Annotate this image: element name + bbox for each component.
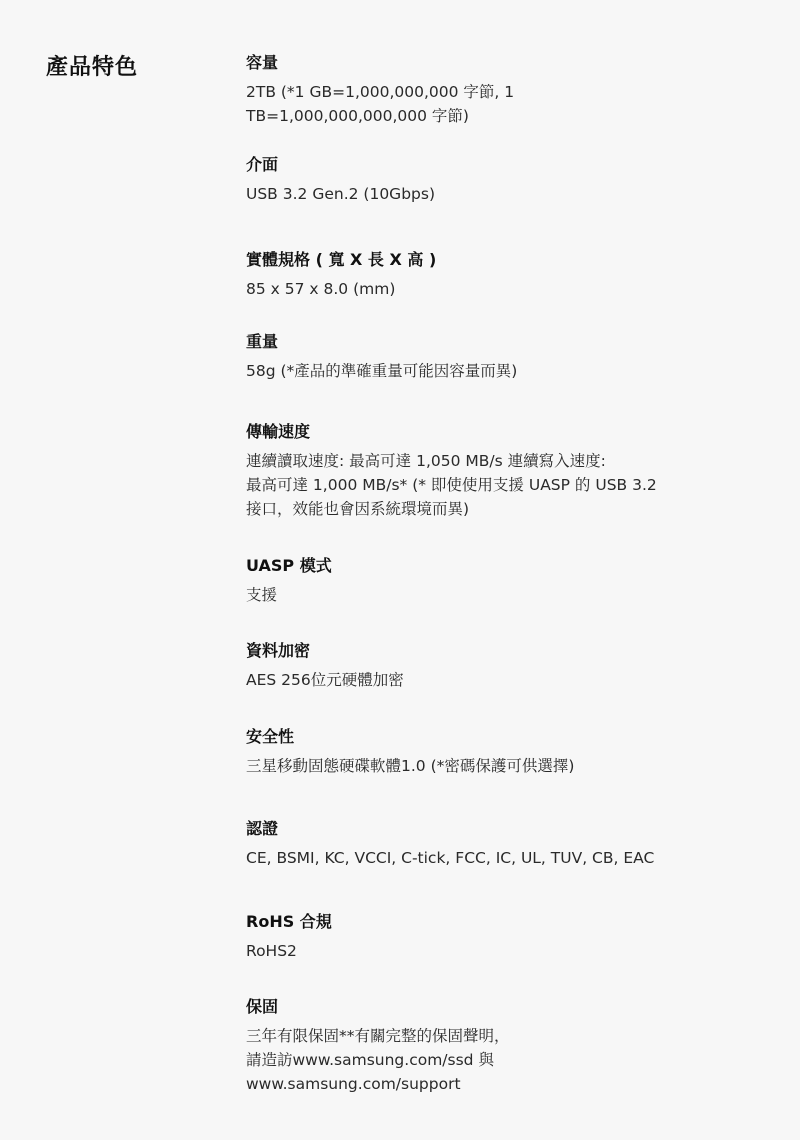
- spec-value: CE, BSMI, KC, VCCI, C-tick, FCC, IC, UL,…: [246, 846, 706, 870]
- spec-value: USB 3.2 Gen.2 (10Gbps): [246, 182, 706, 206]
- spec-value: 支援: [246, 583, 706, 607]
- spec-value: 2TB (*1 GB=1,000,000,000 字節, 1 TB=1,000,…: [246, 80, 706, 128]
- spec-value: RoHS2: [246, 939, 706, 963]
- spec-label: UASP 模式: [246, 555, 706, 577]
- spec-label: RoHS 合規: [246, 911, 706, 933]
- spec-label: 介面: [246, 154, 706, 176]
- spec-value: 連續讀取速度: 最高可達 1,050 MB/s 連續寫入速度: 最高可達 1,0…: [246, 449, 706, 521]
- spec-interface: 介面 USB 3.2 Gen.2 (10Gbps): [246, 154, 706, 206]
- spec-certification: 認證 CE, BSMI, KC, VCCI, C-tick, FCC, IC, …: [246, 818, 706, 870]
- spec-label: 容量: [246, 52, 706, 74]
- spec-label: 實體規格 ( 寬 X 長 X 高 ): [246, 249, 706, 271]
- spec-transfer-speed: 傳輸速度 連續讀取速度: 最高可達 1,050 MB/s 連續寫入速度: 最高可…: [246, 421, 706, 521]
- spec-encryption: 資料加密 AES 256位元硬體加密: [246, 640, 706, 692]
- spec-label: 資料加密: [246, 640, 706, 662]
- spec-label: 保固: [246, 996, 706, 1018]
- spec-capacity: 容量 2TB (*1 GB=1,000,000,000 字節, 1 TB=1,0…: [246, 52, 706, 128]
- section-title: 產品特色: [46, 50, 138, 81]
- spec-security: 安全性 三星移動固態硬碟軟體1.0 (*密碼保護可供選擇): [246, 726, 706, 778]
- spec-label: 認證: [246, 818, 706, 840]
- spec-rohs: RoHS 合規 RoHS2: [246, 911, 706, 963]
- spec-value: AES 256位元硬體加密: [246, 668, 706, 692]
- spec-value: 三年有限保固**有關完整的保固聲明， 請造訪www.samsung.com/ss…: [246, 1024, 706, 1096]
- spec-label: 傳輸速度: [246, 421, 706, 443]
- spec-value: 58g (*產品的準確重量可能因容量而異): [246, 359, 706, 383]
- spec-value: 85 x 57 x 8.0 (mm): [246, 277, 706, 301]
- spec-uasp-mode: UASP 模式 支援: [246, 555, 706, 607]
- spec-dimensions: 實體規格 ( 寬 X 長 X 高 ) 85 x 57 x 8.0 (mm): [246, 249, 706, 301]
- spec-label: 重量: [246, 331, 706, 353]
- spec-weight: 重量 58g (*產品的準確重量可能因容量而異): [246, 331, 706, 383]
- spec-label: 安全性: [246, 726, 706, 748]
- spec-warranty: 保固 三年有限保固**有關完整的保固聲明， 請造訪www.samsung.com…: [246, 996, 706, 1096]
- spec-value: 三星移動固態硬碟軟體1.0 (*密碼保護可供選擇): [246, 754, 706, 778]
